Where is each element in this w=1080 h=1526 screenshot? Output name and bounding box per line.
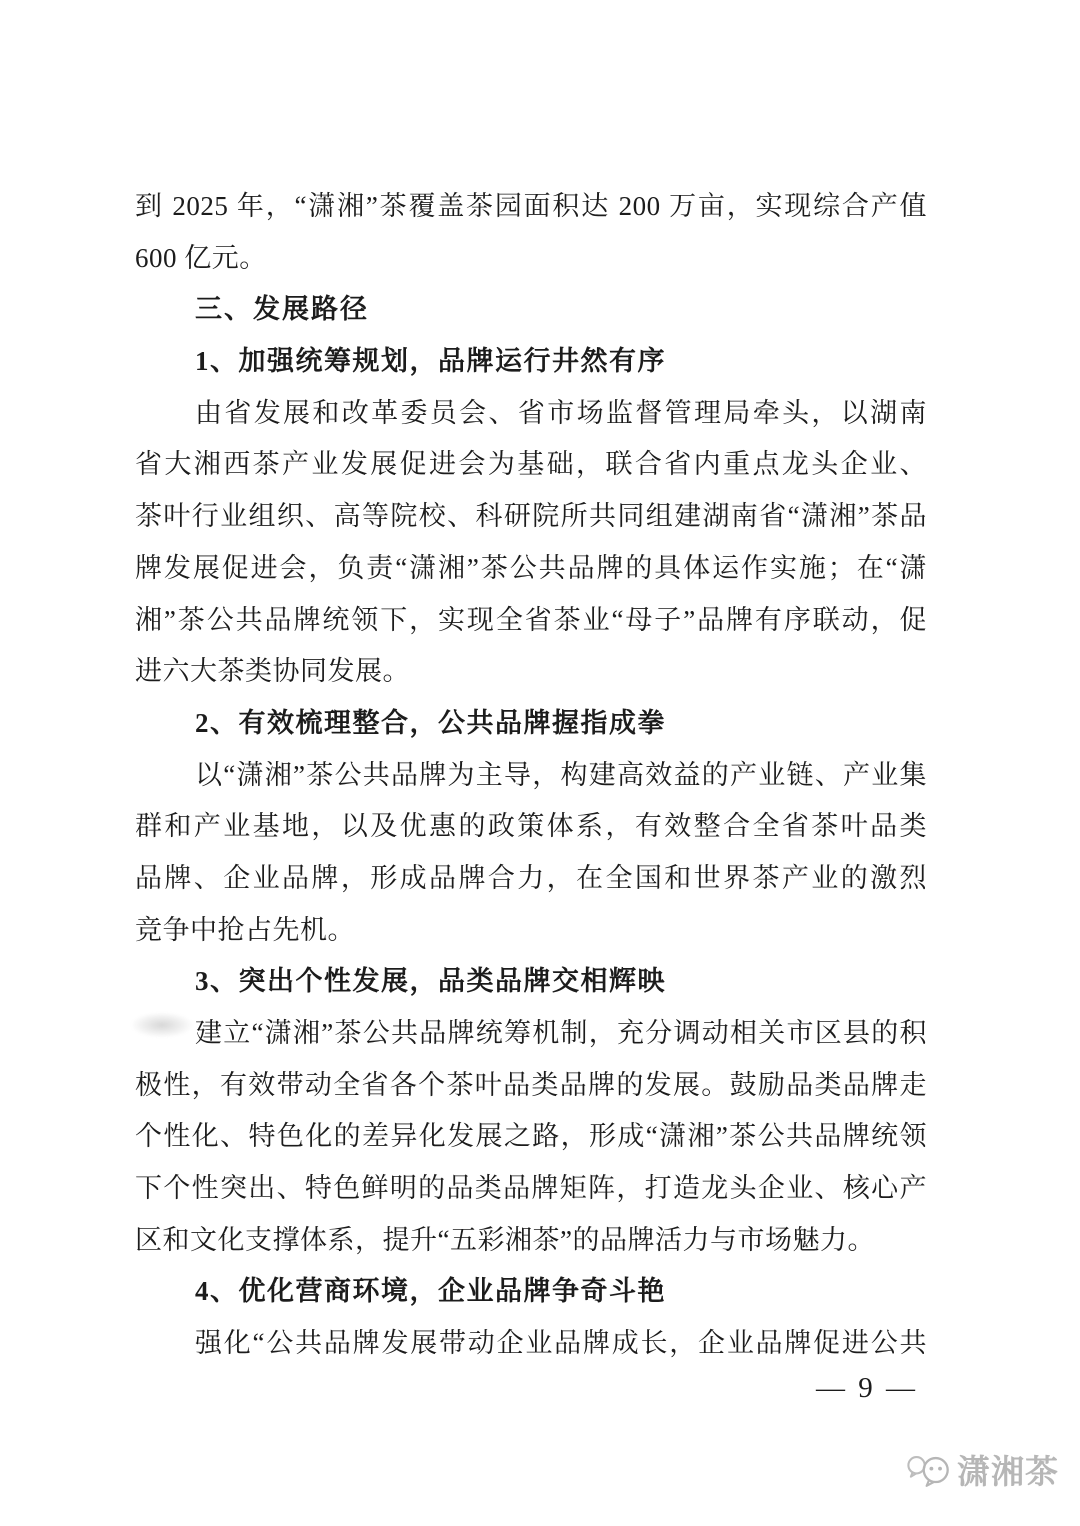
text-line: 建立“潇湘”茶公共品牌统筹机制，充分调动相关市区县的积 xyxy=(135,1008,927,1060)
text-line: 省大湘西茶产业发展促进会为基础，联合省内重点龙头企业、 xyxy=(135,439,927,491)
watermark: 潇湘茶 xyxy=(906,1450,1059,1492)
text-line: 区和文化支撑体系，提升“五彩湘茶”的品牌活力与市场魅力。 xyxy=(135,1215,927,1267)
text-line: 竞争中抢占先机。 xyxy=(135,905,927,957)
text-line: 强化“公共品牌发展带动企业品牌成长，企业品牌促进公共 xyxy=(135,1318,927,1370)
subsection-heading: 2、有效梳理整合，公共品牌握指成拳 xyxy=(135,698,927,750)
text-line: 进六大茶类协同发展。 xyxy=(135,646,927,698)
text-line: 下个性突出、特色鲜明的品类品牌矩阵，打造龙头企业、核心产 xyxy=(135,1163,927,1215)
text-line: 以“潇湘”茶公共品牌为主导，构建高效益的产业链、产业集 xyxy=(135,750,927,802)
subsection-heading: 3、突出个性发展，品类品牌交相辉映 xyxy=(135,956,927,1008)
wechat-bubbles-icon xyxy=(906,1450,952,1492)
page-number: — 9 — xyxy=(816,1372,918,1405)
document-page: 到 2025 年，“潇湘”茶覆盖茶园面积达 200 万亩，实现综合产值 600 … xyxy=(0,0,1080,1526)
scan-smudge-artifact xyxy=(130,1012,194,1038)
text-line: 品牌、企业品牌，形成品牌合力，在全国和世界茶产业的激烈 xyxy=(135,853,927,905)
text-line: 600 亿元。 xyxy=(135,233,927,285)
text-line: 由省发展和改革委员会、省市场监督管理局牵头，以湖南 xyxy=(135,388,927,440)
subsection-heading: 4、优化营商环境，企业品牌争奇斗艳 xyxy=(135,1266,927,1318)
text-line: 湘”茶公共品牌统领下，实现全省茶业“母子”品牌有序联动，促 xyxy=(135,595,927,647)
text-line: 极性，有效带动全省各个茶叶品类品牌的发展。鼓励品类品牌走 xyxy=(135,1060,927,1112)
text-line: 茶叶行业组织、高等院校、科研院所共同组建湖南省“潇湘”茶品 xyxy=(135,491,927,543)
text-column: 到 2025 年，“潇湘”茶覆盖茶园面积达 200 万亩，实现综合产值 600 … xyxy=(135,181,927,1370)
section-heading: 三、发展路径 xyxy=(135,284,927,336)
text-line: 群和产业基地，以及优惠的政策体系，有效整合全省茶叶品类 xyxy=(135,801,927,853)
text-line: 个性化、特色化的差异化发展之路，形成“潇湘”茶公共品牌统领 xyxy=(135,1111,927,1163)
text-line: 牌发展促进会，负责“潇湘”茶公共品牌的具体运作实施；在“潇 xyxy=(135,543,927,595)
subsection-heading: 1、加强统筹规划，品牌运行井然有序 xyxy=(135,336,927,388)
text-line: 到 2025 年，“潇湘”茶覆盖茶园面积达 200 万亩，实现综合产值 xyxy=(135,181,927,233)
watermark-text: 潇湘茶 xyxy=(957,1455,1059,1488)
